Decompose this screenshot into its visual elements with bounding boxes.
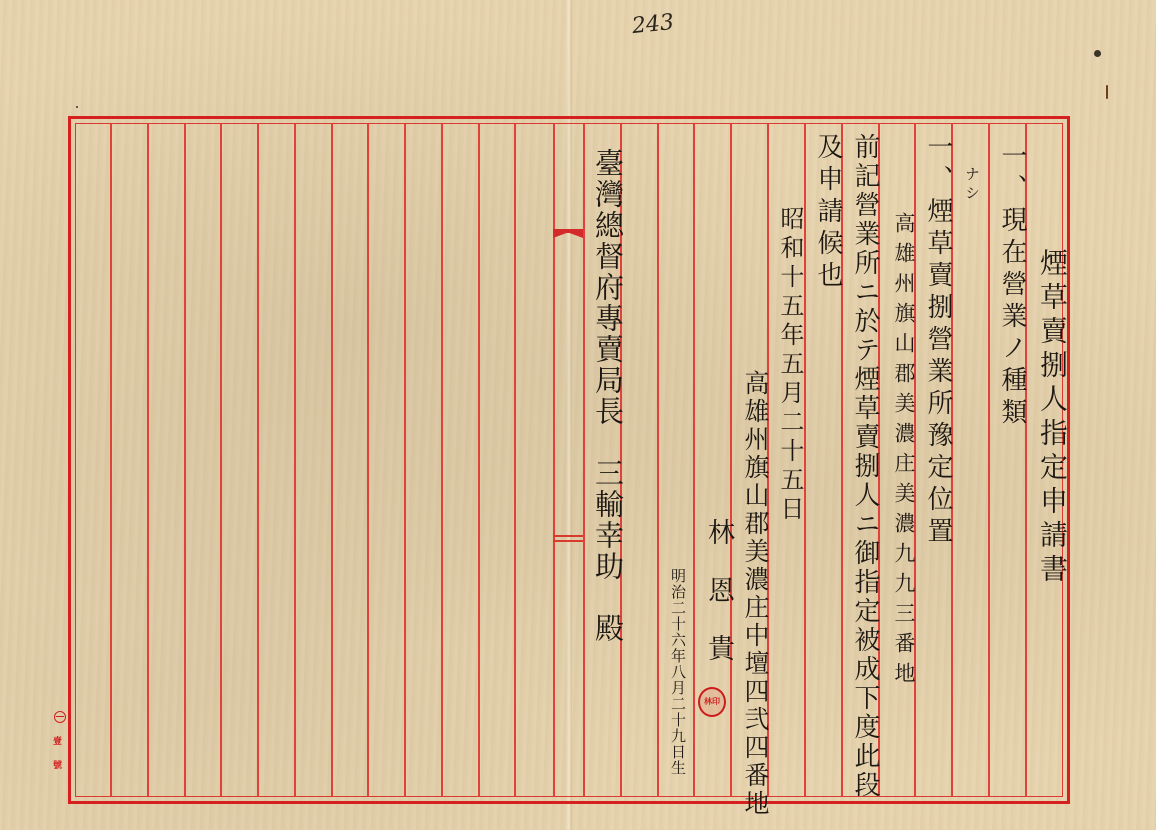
form-mark-label: 號 — [53, 758, 62, 771]
applicant-birthdate: 明治二十六年八月二十九日生 — [668, 568, 689, 776]
body-line-2: 及申請候也 — [810, 133, 847, 293]
ruling-line — [257, 124, 259, 796]
ruling-line — [331, 124, 333, 796]
item1-value: ナシ — [962, 166, 983, 204]
ink-speck — [1094, 50, 1101, 57]
document-title: 煙草賣捌人指定申請書 — [1032, 248, 1072, 588]
center-double-line — [553, 540, 583, 542]
ruling-line — [730, 124, 732, 796]
ruling-line — [110, 124, 112, 796]
addressee: 臺灣總督府專賣局長 三輸幸助 殿 — [588, 148, 629, 644]
item1-heading: 一、現在營業ノ種類 — [994, 142, 1031, 430]
ruling-line — [184, 124, 186, 796]
form-mark-number: 壹 — [53, 734, 62, 747]
applicant-address: 高雄州旗山郡美濃庄中壇四弐四番地 — [737, 370, 773, 818]
ruling-line — [441, 124, 443, 796]
ink-speck — [76, 106, 78, 108]
ruling-line — [294, 124, 296, 796]
ink-speck — [1106, 85, 1108, 99]
ruling-line — [657, 124, 659, 796]
personal-seal-stamp: 林印 — [698, 687, 726, 717]
ruling-line — [553, 124, 555, 796]
ruling-line — [367, 124, 369, 796]
ruling-line — [583, 124, 585, 796]
ruling-line — [693, 124, 695, 796]
ruling-line — [514, 124, 516, 796]
application-date: 昭和十五年五月二十五日 — [773, 206, 808, 525]
applicant-name: 林 恩 貴 — [699, 518, 738, 663]
ruling-line — [220, 124, 222, 796]
item2-value: 高雄州旗山郡美濃庄美濃九九三番地 — [889, 212, 919, 692]
ruling-line — [404, 124, 406, 796]
center-double-line — [553, 535, 583, 537]
body-line-1: 前記營業所ニ於テ煙草賣捌人ニ御指定被成下度此段 — [847, 133, 884, 800]
item2-heading: 一、煙草賣捌營業所豫定位置 — [920, 133, 957, 549]
form-circle-mark — [54, 711, 66, 723]
ruling-line — [478, 124, 480, 796]
ruling-line — [988, 124, 990, 796]
page-number: 243 — [631, 10, 675, 39]
ruling-line — [147, 124, 149, 796]
